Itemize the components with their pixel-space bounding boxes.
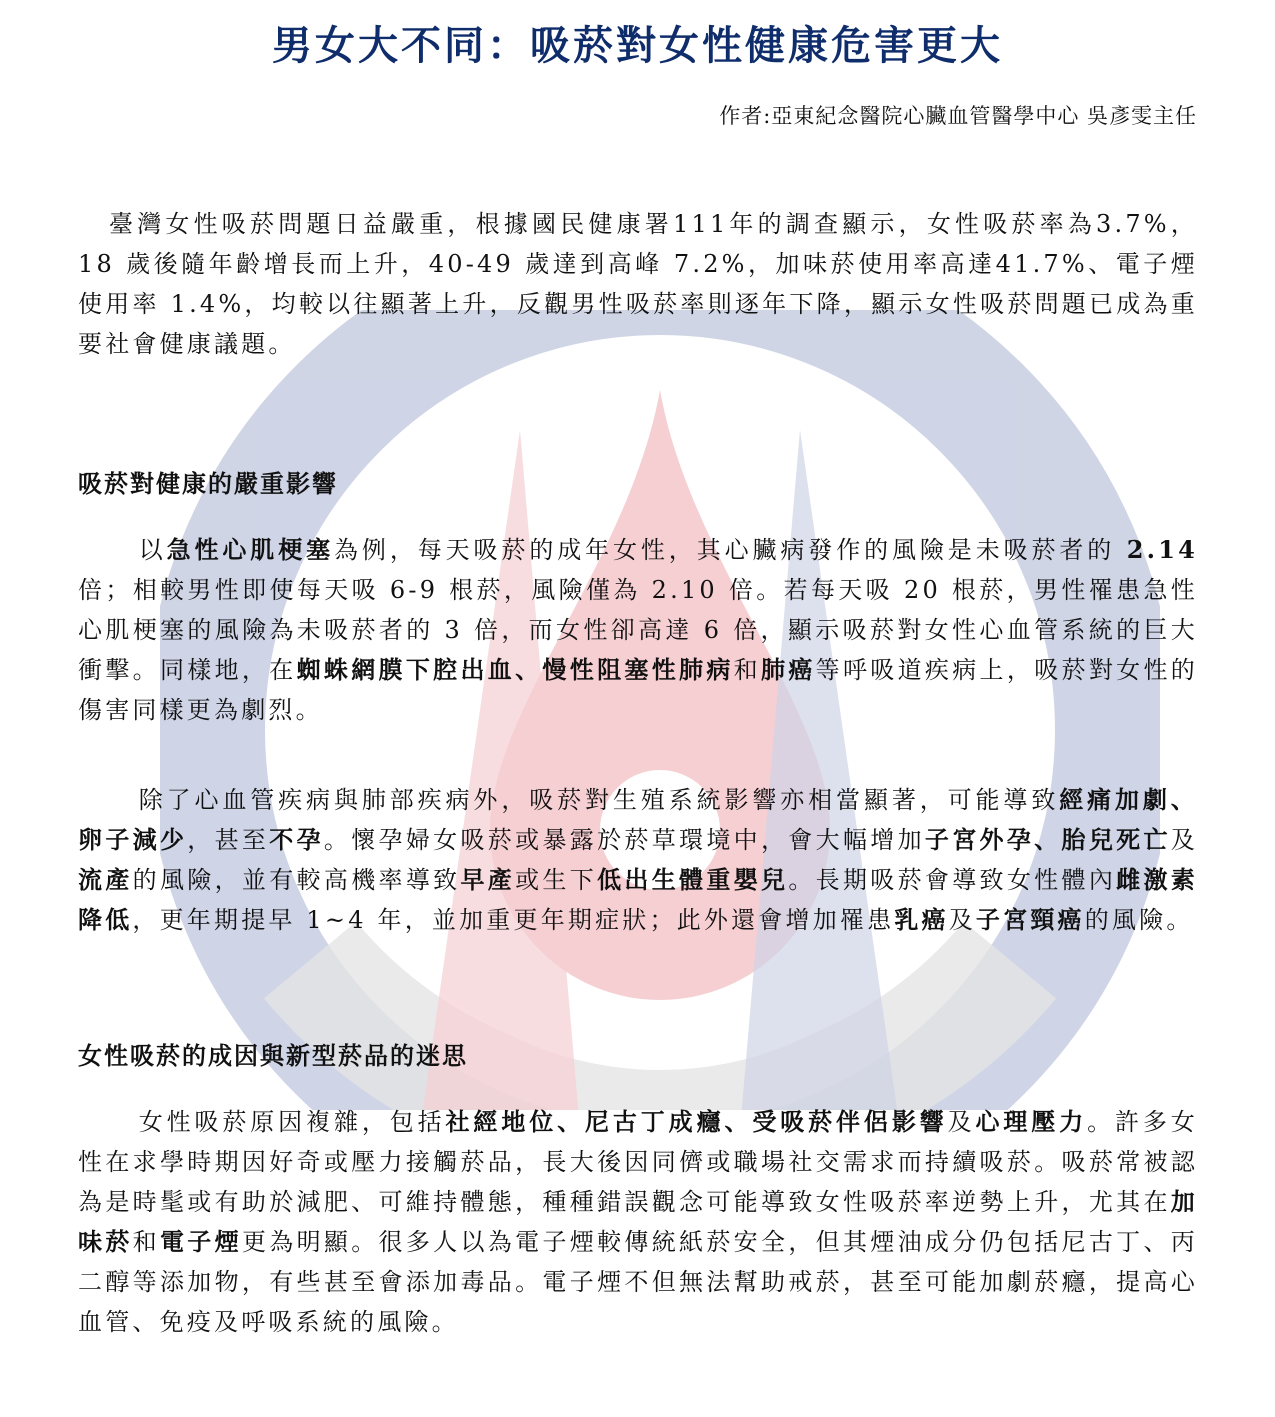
body-text: 及 xyxy=(1171,826,1198,854)
intro-text: 臺灣女性吸菸問題日益嚴重，根據國民健康署111年的調查顯示，女性吸菸率為3.7%… xyxy=(78,210,1198,358)
emphasized-text: 乳癌 xyxy=(894,905,948,934)
emphasized-text: 早產 xyxy=(460,865,515,894)
emphasized-text: 子宮頸癌 xyxy=(976,905,1085,934)
emphasized-text: 電子煙 xyxy=(160,1227,242,1256)
body-text: 為例，每天吸菸的成年女性，其心臟病發作的風險是未吸菸者的 xyxy=(334,536,1127,564)
body-text: 除了心血管疾病與肺部疾病外，吸菸對生殖系統影響亦相當顯著，可能導致 xyxy=(138,786,1059,814)
body-text: 或生下 xyxy=(515,866,597,894)
emphasized-text: 蜘蛛網膜下腔出血、慢性阻塞性肺病 xyxy=(297,655,734,684)
emphasized-text: 子宮外孕、胎兒死亡 xyxy=(925,825,1171,854)
emphasized-text: 低出生體重嬰兒 xyxy=(597,865,788,894)
emphasized-text: 肺癌 xyxy=(761,655,816,684)
body-text: 及 xyxy=(949,906,976,934)
rich-text: 除了心血管疾病與肺部疾病外，吸菸對生殖系統影響亦相當顯著，可能導致經痛加劇、卵子… xyxy=(78,786,1198,934)
body-text: 更為明顯。很多人以為電子煙較傳統紙菸安全，但其煙油成分仍包括尼古丁、丙二醇等添加… xyxy=(78,1228,1198,1336)
rich-text: 女性吸菸原因複雜，包括社經地位、尼古丁成癮、受吸菸伴侶影響及心理壓力。許多女性在… xyxy=(78,1108,1198,1336)
section-1-paragraph-2: 除了心血管疾病與肺部疾病外，吸菸對生殖系統影響亦相當顯著，可能導致經痛加劇、卵子… xyxy=(78,780,1198,940)
emphasized-text: 不孕 xyxy=(269,825,324,854)
body-text: 以 xyxy=(138,536,167,564)
rich-text: 以急性心肌梗塞為例，每天吸菸的成年女性，其心臟病發作的風險是未吸菸者的 2.14… xyxy=(78,536,1198,724)
section-heading-health-impact: 吸菸對健康的嚴重影響 xyxy=(78,464,338,499)
section-1-paragraph-1: 以急性心肌梗塞為例，每天吸菸的成年女性，其心臟病發作的風險是未吸菸者的 2.14… xyxy=(78,530,1198,730)
body-text: 的風險，並有較高機率導致 xyxy=(133,866,461,894)
section-2-paragraph-1: 女性吸菸原因複雜，包括社經地位、尼古丁成癮、受吸菸伴侶影響及心理壓力。許多女性在… xyxy=(78,1102,1198,1342)
author-line: 作者:亞東紀念醫院心臟血管醫學中心 吳彥雯主任 xyxy=(719,100,1197,130)
body-text: 的風險。 xyxy=(1085,906,1194,934)
body-text: 。懷孕婦女吸菸或暴露於菸草環境中，會大幅增加 xyxy=(324,826,925,854)
emphasized-text: 急性心肌梗塞 xyxy=(167,535,334,564)
body-text: ，甚至 xyxy=(187,826,269,854)
body-text: 及 xyxy=(948,1108,976,1136)
section-heading-causes-myths: 女性吸菸的成因與新型菸品的迷思 xyxy=(78,1036,468,1071)
body-text: 和 xyxy=(734,656,761,684)
body-text: ，更年期提早 1~4 年，並加重更年期症狀；此外還會增加罹患 xyxy=(132,906,894,934)
body-text: 。長期吸菸會導致女性體內 xyxy=(788,866,1116,894)
body-text: 女性吸菸原因複雜，包括 xyxy=(138,1108,446,1136)
intro-paragraph: 臺灣女性吸菸問題日益嚴重，根據國民健康署111年的調查顯示，女性吸菸率為3.7%… xyxy=(78,204,1198,364)
emphasized-text: 流產 xyxy=(78,865,133,894)
emphasized-text: 社經地位、尼古丁成癮、受吸菸伴侶影響 xyxy=(446,1107,948,1136)
document-title: 男女大不同：吸菸對女性健康危害更大 xyxy=(0,14,1275,71)
body-text: 和 xyxy=(133,1228,160,1256)
emphasized-text: 2.14 xyxy=(1127,535,1198,564)
emphasized-text: 心理壓力 xyxy=(976,1107,1088,1136)
